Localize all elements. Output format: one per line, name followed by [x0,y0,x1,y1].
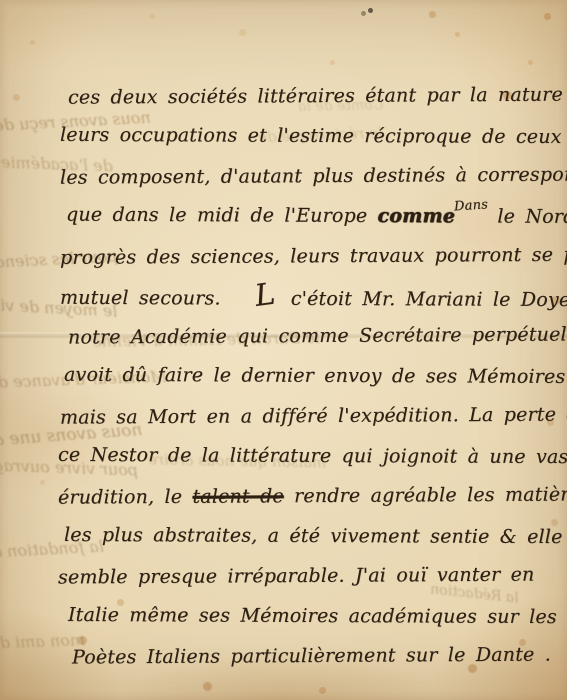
letter-segment: les composent, d'autant plus destinés à … [60,163,567,188]
letter-segment: semble presque irréparable. J'ai ouï van… [58,564,535,589]
letter-line: ces deux sociétés littéraires étant par … [68,82,567,109]
letter-segment: progrès des sciences, leurs travaux pour… [60,243,567,269]
letter-line: mutuel secours.Lc'étoit Mr. Mariani le D… [60,283,567,312]
letter-line: Poètes Italiens particulièrement sur le … [72,643,551,670]
letter-segment-strike: talent de [192,485,284,508]
letter-segment: rendre agréable les matières [284,483,567,507]
letter-segment: Poètes Italiens particulièrement sur le … [72,644,551,669]
letter-line: les composent, d'autant plus destinés à … [60,162,567,189]
letter-line: progrès des sciences, leurs travaux pour… [60,242,567,270]
letter-segment: érudition, le [58,486,193,509]
letter-line: avoit dû faire le dernier envoy de ses M… [64,363,567,390]
letter-segment-flourish: L [253,282,276,308]
letter-line: leurs occupations et l'estime réciproque… [60,123,567,149]
letter-line: semble presque irréparable. J'ai ouï van… [58,563,535,590]
letter-segment: Italie même ses Mémoires académiques sur… [68,604,557,628]
letter-segment: c'étoit Mr. Mariani le Doyen de [291,288,567,311]
letter-line: érudition, le talent de rendre agréable … [58,482,567,509]
letter-line: Italie même ses Mémoires académiques sur… [68,603,557,629]
manuscript-page: nous avons reçu desle réciproque dede l'… [0,0,567,700]
letter-segment: leurs occupations et l'estime réciproque… [60,124,567,148]
letter-segment-insert: Dans [453,193,489,219]
letter-segment: les plus abstraites, a été vivement sent… [64,524,563,548]
letter-line: mais sa Mort en a différé l'expédition. … [60,402,567,429]
letter-body: ces deux sociétés littéraires étant par … [0,0,567,700]
letter-segment: ces deux sociétés littéraires étant par … [68,83,567,108]
letter-segment: ce Nestor de la littérature qui joignoit… [58,444,567,468]
letter-line: que dans le midi de l'Europe commeDans l… [66,203,567,233]
letter-segment: que dans le midi de l'Europe [66,204,378,227]
letter-line: notre Académie qui comme Secrétaire perp… [68,322,567,349]
letter-segment: le Nord, [487,205,567,227]
letter-line: ce Nestor de la littérature qui joignoit… [58,443,567,469]
letter-segment: mais sa Mort en a différé l'expédition. … [60,403,567,428]
letter-line: les plus abstraites, a été vivement sent… [64,523,563,549]
letter-segment-heavy: comme [378,205,456,227]
letter-segment: mutuel secours. [60,287,221,310]
letter-segment: notre Académie qui comme Secrétaire perp… [68,323,567,348]
letter-segment: avoit dû faire le dernier envoy de ses M… [64,364,567,389]
